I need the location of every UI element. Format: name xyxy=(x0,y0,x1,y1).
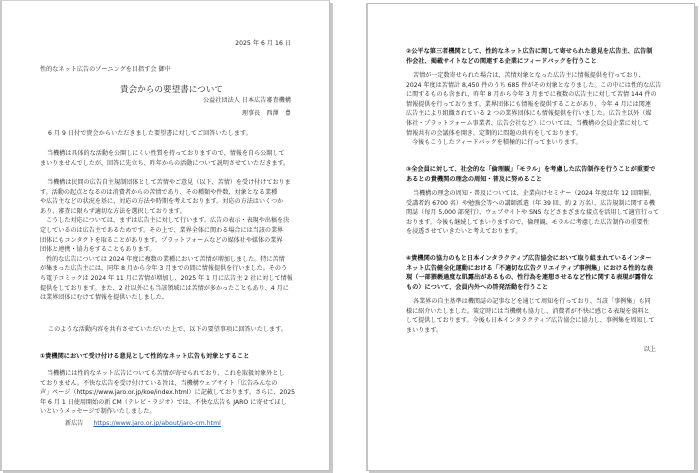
heading-line: ネット広告健全化運動における「不適切な広告クリエイティブ事例集」における性的な表 xyxy=(406,264,653,274)
item-2-body: 苦情が一定数寄せられた場合は、苦情対象となった広告主に情報提供を行っており、 2… xyxy=(406,71,661,148)
heading-line: ③全会員に対して、社会的な「倫理観」「モラル」を考慮した広告制作を行うことが重要… xyxy=(406,165,655,175)
paragraph-line: が集まった広告主には、同年 8 月から今年 3 月までの間に情報提供を行いました… xyxy=(40,264,293,274)
paragraph-line: 年 6 月 1 日使用開始の新 CM（テレビ・ラジオ）では、不快な広告も JAR… xyxy=(40,398,295,408)
paragraph-line: 声」ページ（https://www.jaro.or.jp/koe/index.h… xyxy=(40,388,295,398)
item-3-heading: ③全会員に対して、社会的な「倫理観」「モラル」を考慮した広告制作を行うことが重要… xyxy=(406,165,655,184)
paragraph-line: す。活動の起点となるのは消費者からの苦情であり、その種類や件数、対象となる業種 xyxy=(40,188,293,198)
new-ad-link[interactable]: https://www.jaro.or.jp/about/jaro-cm.htm… xyxy=(93,420,220,427)
sender-organization: 公益社団法人 日本広告審査機構 xyxy=(203,96,291,105)
paragraph-line: 性的な広告については 2024 年度に複数の業種において苦情が増加しました。特に… xyxy=(40,255,293,265)
paragraph-line: 関誌（毎月 5,000 部発行）、ウェブサイトや SNS などさまざまな接点を活… xyxy=(406,208,659,218)
paragraph-line: こうした対応については、まずは広告主に対して行います。広告の表示・表現や出稿を決 xyxy=(40,216,293,226)
paragraph-line: 2024 年度は苦情計 8,450 件のうち 685 件がその対象となりました。… xyxy=(406,81,661,91)
paragraph-line: 団体と連携・協力をすることもあります。 xyxy=(40,245,293,255)
item-1-body: 当機構には性的なネット広告についても苦情が寄せられており、これを取扱対象外とし … xyxy=(40,369,295,417)
paragraph-line: 今後もこうしたフィードバックを積極的に行ってまいります。 xyxy=(406,138,661,148)
paragraph-line: 受講者約 6700 名）や勉強会等への講師派遣（年 39 回、約 2 万名）、広… xyxy=(406,199,659,209)
heading-line: ④貴機関の協力のもと日本インタラクティブ広告協会において取り組まれているインター xyxy=(406,254,653,264)
heading-line: あるとの貴機関の理念の周知・普及に努めること xyxy=(406,175,655,185)
paragraph-line: まいりませんでしたが、回答に先立ち、昨年からの活動について説明させていただきます… xyxy=(40,159,289,169)
document-page-2: ②公平な第三者機関として、性的なネット広告に関して寄せられた意見を広告主、広告制… xyxy=(366,3,695,471)
paragraph-line: 当機構には性的なネット広告についても苦情が寄せられており、これを取扱対象外とし xyxy=(40,369,295,379)
paragraph-line: おります。今後も継続してまいりますので、倫理観、モラルに考慮した広告制作の重要性 xyxy=(406,218,659,228)
document-page-1: 2025 年 6 月 16 日 性的なネット広告のゾーニングを目指す会 御中 貴… xyxy=(0,0,330,471)
paragraph-line: 定しているのは広告主であるためです。その上で、業界全体に関わる場合には当該の業界 xyxy=(40,226,293,236)
paragraph-2: 当機構は民間の広告自主規制団体として苦情やご意見（以下、苦情）を受け付けておりま… xyxy=(40,178,293,303)
paragraph-line: 提供をしております。また、2 社以外にも当該領域には苦情が多かったこともあり、4… xyxy=(40,284,293,294)
paragraph-line: や広告主などの状況を基に、対応の方法や時期を考えております。対応の方法はいくつか xyxy=(40,197,293,207)
paragraph-line: 各業界の自主基準は機関誌の記事などを通じて周知を行っており、当該「事例集」も同 xyxy=(406,297,655,307)
addressee: 性的なネット広告のゾーニングを目指す会 御中 xyxy=(40,65,171,74)
heading-line: 現（一部猥褻過度な肌露出があるもの、性行為を連想させるなど性に関する表現が露骨な xyxy=(406,273,653,283)
new-ad-label: 新広告 xyxy=(65,420,83,427)
paragraph-line: まいります。 xyxy=(406,326,655,336)
new-ad-row: 新広告 https://www.jaro.or.jp/about/jaro-cm… xyxy=(65,419,221,428)
paragraph-line: 情報共有の会議体を開き、定期的に問題の共有をしております。 xyxy=(406,129,661,139)
item-2-heading: ②公平な第三者機関として、性的なネット広告に関して寄せられた意見を広告主、広告制… xyxy=(406,47,652,66)
paragraph-line: を浸透させていきたいと考えております。 xyxy=(406,227,659,237)
paragraph-line: いというメッセージで制作いたしました。 xyxy=(40,407,295,417)
paragraph-line: 当機構は民間の広告自主規制団体として苦情やご意見（以下、苦情）を受け付けておりま xyxy=(40,178,293,188)
item-3-body: 当機構の理念の周知・普及については、企業向けセミナー（2024 年度は年 12 … xyxy=(406,189,659,237)
paragraph-line: は業界団体にむけて情報を提供いたしました。 xyxy=(40,293,293,303)
heading-line: ②公平な第三者機関として、性的なネット広告に関して寄せられた意見を広告主、広告制 xyxy=(406,47,652,57)
paragraph-3: このような活動内容を共有させていただいた上で、以下の要望事項に回答いたします。 xyxy=(48,325,287,334)
heading-line: 作会社、掲載サイトなどの関連する企業にフィードバックを行うこと xyxy=(406,57,652,67)
paragraph-line: して提供しております。今後も日本インタラクティブ広告協会に協力し、事例集を周知し… xyxy=(406,316,655,326)
paragraph-line: 様に紹介いたしました。策定時には当機構も協力し、消費者が不快に感じる表現を資料と xyxy=(406,307,655,317)
paragraph-line: 苦情が一定数寄せられた場合は、苦情対象となった広告主に情報提供を行っており、 xyxy=(406,71,661,81)
paragraph-line: 広告主により組織されている 2 つの業界団体にも情報提供を行いました。広告主以外… xyxy=(406,109,661,119)
paragraph-line: 当機構は具体的な活動を公開しにくい性質を持っておりますので、情報を自ら公開して xyxy=(40,149,289,159)
intro-text: 6 月 9 日付で貴会からいただきました要望書に対してご回答いたします。 xyxy=(48,129,252,138)
paragraph-line: ておりません。不快な広告を受け付けている旨は、当機構ウェブサイト「広告みんなの xyxy=(40,379,295,389)
paragraph-line: あり、審査に限らず適切な方法を選択しております。 xyxy=(40,207,293,217)
heading-line: もの）について、会員内外への啓発活動を行うこと xyxy=(406,283,653,293)
item-4-heading: ④貴機関の協力のもと日本インタラクティブ広告協会において取り組まれているインター… xyxy=(406,254,653,292)
paragraph-line: 当機構の理念の周知・普及については、企業向けセミナー（2024 年度は年 12 … xyxy=(406,189,659,199)
closing-remark: 以上 xyxy=(644,345,656,354)
item-1-heading: ①貴機関において受け付ける意見として性的なネット広告も対象とすること xyxy=(40,352,249,362)
paragraph-1: 当機構は具体的な活動を公開しにくい性質を持っておりますので、情報を自ら公開して … xyxy=(40,149,289,168)
date: 2025 年 6 月 16 日 xyxy=(235,39,291,48)
paragraph-line: 情報提供を行っております。業界団体にも情報を提供することがあり、今年 4 月には… xyxy=(406,100,661,110)
paragraph-line: 体社・プラットフォーム事業者、広告会社など）については、当機構の会員企業に対して xyxy=(406,119,661,129)
item-4-body: 各業界の自主基準は機関誌の記事などを通じて周知を行っており、当該「事例集」も同 … xyxy=(406,297,655,335)
paragraph-line: 団体にもコンタクトを取ることがあります。プラットフォームなどの媒体社や媒体の業界 xyxy=(40,236,293,246)
paragraph-line: ち電子コミックは 2024 年 11 月に苦情が増加し、2025 年 1 月に広… xyxy=(40,274,293,284)
document-title: 貴会からの要望書について xyxy=(120,83,223,95)
sender-name: 理事長 西澤 豊 xyxy=(242,109,291,118)
paragraph-line: に関するものも含まれ、昨年 8 月から今年 3 月までに複数の広告主に対して苦情… xyxy=(406,90,661,100)
